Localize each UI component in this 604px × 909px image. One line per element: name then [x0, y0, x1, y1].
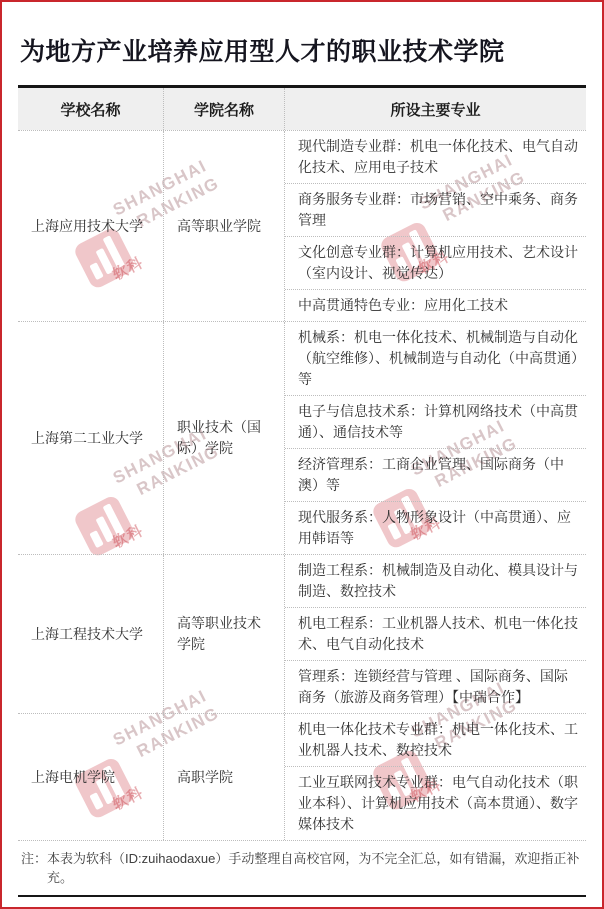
college-name: 高等职业技术学院: [177, 613, 269, 655]
majors-list: 机械系：机电一体化技术、机械制造与自动化（航空维修）、机械制造与自动化（中高贯通…: [285, 322, 586, 554]
header-school: 学校名称: [18, 88, 164, 130]
majors-list: 制造工程系：机械制造及自动化、模具设计与制造、数控技术 机电工程系：工业机器人技…: [285, 555, 586, 713]
header-college: 学院名称: [164, 88, 285, 130]
major-item: 工业互联网技术专业群：电气自动化技术（职业本科）、计算机应用技术（高本贯通）、数…: [285, 767, 586, 840]
school-name-cell: 上海第二工业大学: [18, 322, 164, 554]
major-item: 机电一体化技术专业群：机电一体化技术、工业机器人技术、数控技术: [285, 714, 586, 767]
majors-list: 机电一体化技术专业群：机电一体化技术、工业机器人技术、数控技术 工业互联网技术专…: [285, 714, 586, 840]
major-item: 电子与信息技术系：计算机网络技术（中高贯通）、通信技术等: [285, 396, 586, 449]
major-item: 管理系：连锁经营与管理 、国际商务、国际商务（旅游及商务管理）【中瑞合作】: [285, 661, 586, 713]
major-item: 机械系：机电一体化技术、机械制造与自动化（航空维修）、机械制造与自动化（中高贯通…: [285, 322, 586, 396]
major-item: 经济管理系：工商企业管理、国际商务（中澳）等: [285, 449, 586, 502]
bottom-rule: [18, 895, 586, 897]
content: 为地方产业培养应用型人才的职业技术学院 学校名称 学院名称 所设主要专业 上海应…: [2, 2, 602, 907]
header-majors: 所设主要专业: [285, 88, 586, 130]
major-item: 现代制造专业群：机电一体化技术、电气自动化技术、应用电子技术: [285, 131, 586, 184]
college-name: 职业技术（国际）学院: [177, 417, 269, 459]
footnote: 注： 本表为软科（ID:zuihaodaxue）手动整理自高校官网，为不完全汇总…: [18, 849, 586, 887]
school-group-row: 上海应用技术大学 高等职业学院 现代制造专业群：机电一体化技术、电气自动化技术、…: [18, 130, 586, 321]
major-item: 中高贯通特色专业：应用化工技术: [285, 290, 586, 321]
major-item: 现代服务系：人物形象设计（中高贯通）、应用韩语等: [285, 502, 586, 554]
college-name: 高职学院: [177, 767, 233, 788]
school-name-cell: 上海工程技术大学: [18, 555, 164, 713]
college-name: 高等职业学院: [177, 216, 261, 237]
college-name-cell: 高等职业学院: [164, 131, 285, 321]
footnote-label: 注：: [21, 849, 47, 887]
footnote-text: 本表为软科（ID:zuihaodaxue）手动整理自高校官网，为不完全汇总，如有…: [47, 849, 586, 887]
school-name-cell: 上海电机学院: [18, 714, 164, 840]
school-group-row: 上海电机学院 高职学院 机电一体化技术专业群：机电一体化技术、工业机器人技术、数…: [18, 713, 586, 840]
majors-list: 现代制造专业群：机电一体化技术、电气自动化技术、应用电子技术 商务服务专业群：市…: [285, 131, 586, 321]
table-header-row: 学校名称 学院名称 所设主要专业: [18, 88, 586, 130]
major-item: 制造工程系：机械制造及自动化、模具设计与制造、数控技术: [285, 555, 586, 608]
majors-table: 学校名称 学院名称 所设主要专业 上海应用技术大学 高等职业学院 现代制造专业群…: [18, 85, 586, 841]
college-name-cell: 高等职业技术学院: [164, 555, 285, 713]
school-name-cell: 上海应用技术大学: [18, 131, 164, 321]
major-item: 机电工程系：工业机器人技术、机电一体化技术、电气自动化技术: [285, 608, 586, 661]
college-name-cell: 高职学院: [164, 714, 285, 840]
college-name-cell: 职业技术（国际）学院: [164, 322, 285, 554]
school-group-row: 上海工程技术大学 高等职业技术学院 制造工程系：机械制造及自动化、模具设计与制造…: [18, 554, 586, 713]
school-group-row: 上海第二工业大学 职业技术（国际）学院 机械系：机电一体化技术、机械制造与自动化…: [18, 321, 586, 554]
major-item: 商务服务专业群：市场营销、空中乘务、商务管理: [285, 184, 586, 237]
page-title: 为地方产业培养应用型人才的职业技术学院: [20, 32, 586, 68]
major-item: 文化创意专业群：计算机应用技术、艺术设计（室内设计、视觉传达）: [285, 237, 586, 290]
page: 软科 SHANGHAIRANKING 软科 SHANGHAIRANKING 软科…: [0, 0, 604, 909]
